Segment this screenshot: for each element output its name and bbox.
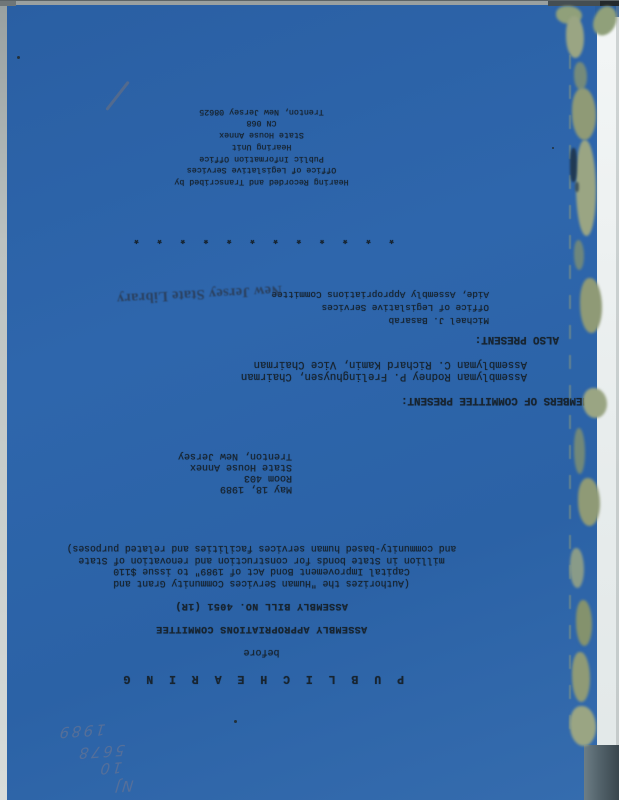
tape-residue-patch: [574, 428, 585, 474]
hearing-date-location: May 18, 1989 Room 403 State House Annex …: [178, 450, 292, 494]
synopsis-line: (Authorizes the "Human Services Communit…: [6, 577, 557, 589]
dust-speck: [17, 56, 20, 59]
asterisk-separator: * * * * * * * * * * * *: [6, 232, 557, 244]
pencil-call-number: NJ 10 5678 1989: [21, 704, 142, 800]
scanned-document: NJ 10 5678 1989 P U B L I C H E A R I N …: [0, 0, 619, 800]
date-line: Trenton, New Jersey: [178, 450, 292, 461]
also-present-line: Office of Legislative Services: [271, 301, 489, 314]
date-line: State House Annex: [178, 461, 292, 472]
date-line: Room 403: [178, 472, 292, 483]
credits-line: Public Information Office: [6, 152, 557, 164]
member-line: Assemblyman C. Richard Kamin, Vice Chair…: [241, 358, 527, 370]
tape-residue-patch: [583, 388, 607, 418]
dust-speck: [552, 147, 554, 149]
scanner-edge-segment: [0, 1, 16, 6]
also-present-heading: ALSO PRESENT:: [475, 333, 559, 345]
page-title: P U B L I C H E A R I N G: [6, 672, 557, 685]
tape-residue-patch: [576, 600, 592, 646]
transcription-credits: Hearing Recorded and Transcribed by Offi…: [6, 105, 557, 187]
synopsis-line: and community-based human services facil…: [6, 543, 557, 555]
member-line: Assemblyman Rodney P. Frelinghuysen, Cha…: [241, 370, 527, 382]
also-present-line: Aide, Assembly Appropriations Committee: [271, 288, 489, 301]
library-stamp: New Jersey State Library: [82, 281, 283, 308]
date-line: May 18, 1989: [178, 483, 292, 494]
credits-line: Hearing Recorded and Transcribed by: [6, 175, 557, 187]
tape-residue-patch: [572, 652, 590, 702]
call-number-line: 10: [97, 758, 123, 778]
scanner-corner-shadow: [584, 745, 619, 800]
tape-residue-patch: [570, 548, 584, 588]
scanner-top-edge: [0, 0, 619, 5]
tape-residue-patch: [574, 62, 587, 90]
call-number-line: 1989: [56, 720, 106, 742]
credits-line: CN 068: [6, 117, 557, 129]
also-present-list: Michael J. Basarab Office of Legislative…: [271, 288, 489, 327]
members-present-list: Assemblyman Rodney P. Frelinghuysen, Cha…: [241, 358, 527, 382]
document-page: NJ 10 5678 1989 P U B L I C H E A R I N …: [6, 4, 597, 800]
credits-line: Office of Legislative Services: [6, 164, 557, 176]
call-number-line: NJ: [112, 776, 135, 796]
tape-residue-patch: [572, 88, 596, 140]
committee-name: ASSEMBLY APPROPRIATIONS COMMITTEE: [6, 623, 557, 634]
credits-line: Trenton, New Jersey 08625: [6, 105, 557, 117]
document-content: NJ 10 5678 1989 P U B L I C H E A R I N …: [6, 4, 597, 800]
synopsis-line: million in State bonds for construction …: [6, 554, 557, 566]
credits-line: Hearing Unit: [6, 140, 557, 152]
before-label: before: [6, 646, 557, 657]
credits-line: State House Annex: [6, 128, 557, 140]
members-present-heading: MEMBERS OF COMMITTEE PRESENT:: [401, 394, 589, 406]
tape-residue-patch: [570, 706, 596, 746]
bill-number: ASSEMBLY BILL NO. 4051 (1R): [6, 600, 557, 611]
fold-mark: [575, 182, 579, 192]
tape-residue-patch: [574, 240, 584, 270]
synopsis-line: Capital Improvement Bond Act of 1989" to…: [6, 566, 557, 578]
also-present-line: Michael J. Basarab: [271, 314, 489, 327]
fold-mark: [570, 148, 577, 182]
tape-residue-patch: [578, 478, 600, 526]
scanner-edge-segment: [600, 1, 619, 6]
bill-synopsis: (Authorizes the "Human Services Communit…: [6, 543, 557, 589]
tape-residue-patch: [566, 16, 584, 58]
dust-speck: [234, 720, 237, 723]
scanner-left-margin: [0, 4, 7, 800]
tape-residue-patch: [580, 278, 602, 333]
call-number-line: 5678: [76, 741, 126, 763]
